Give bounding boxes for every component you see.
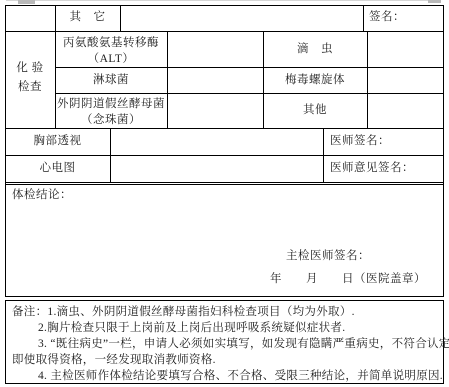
notes-border-top (5, 300, 444, 301)
other-item-result-cell[interactable] (121, 6, 362, 30)
lab-section-label-line1: 化 验 (5, 61, 55, 76)
ecg-doctor-sign-cell[interactable] (324, 156, 442, 181)
chest-doctor-sign-cell[interactable] (324, 129, 442, 154)
sign-cell[interactable] (364, 6, 442, 30)
ecg-label: 心电图 (5, 161, 110, 176)
note-line-2: 2.胸片检查只限于上岗前及上岗后出现呼吸系统疑似症状者. (12, 321, 449, 335)
alt-label-line2: （ALT） (55, 52, 167, 67)
note-line-3: 3. “既往病史”一栏，申请人必须如实填写，如发现有隐瞒严重病史，不符合认定条件… (12, 337, 449, 351)
lab-section-label-line2: 检查 (5, 80, 55, 95)
treponema-result-cell[interactable] (368, 68, 442, 92)
ecg-result-cell[interactable] (111, 156, 322, 181)
cropped-artifact-left (18, 0, 35, 4)
conclusion-box-bottom (5, 296, 444, 297)
candida-label-line1: 外阴阴道假丝酵母菌 (55, 97, 167, 112)
candida-label-line2: （念珠菌） (55, 113, 167, 128)
trichomonas-result-cell[interactable] (368, 32, 442, 66)
row-divider (5, 182, 444, 183)
chest-xray-label: 胸部透视 (5, 134, 110, 149)
cropped-row-artifact-line (6, 0, 441, 1)
notes-border-bottom (5, 383, 444, 384)
note-line-5: 4. 主检医师作体检结论要填写合格、不合格、受限三种结论，并简单说明原因. (12, 369, 449, 383)
alt-result-cell[interactable] (168, 32, 262, 66)
table-border-left (5, 5, 6, 297)
date-hospital-seal-line: 年 月 日（医院盖章） (270, 272, 426, 287)
note-line-4: 即使取得资格，一经发现取消教师资格. (12, 353, 440, 367)
chief-examiner-sign-label: 主检医师签名： (286, 249, 370, 264)
gonococcus-label: 淋球菌 (55, 73, 167, 88)
trichomonas-label: 滴 虫 (263, 42, 367, 57)
table-border-right (443, 5, 444, 297)
chest-xray-result-cell[interactable] (111, 129, 322, 154)
lab-other-label: 其他 (263, 103, 367, 118)
note-line-1: 备注：1.滴虫、外阴阴道假丝酵母菌指妇科检查项目（均为外取）. (12, 305, 440, 319)
alt-label-line1: 丙氨酸氨基转移酶 (55, 36, 167, 51)
conclusion-box-top (5, 184, 444, 185)
gonococcus-result-cell[interactable] (168, 68, 262, 92)
conclusion-title: 体检结论： (12, 188, 72, 203)
notes-border-left (5, 300, 6, 384)
medical-exam-form-page: { "table": { "row_other": { "label": "其 … (0, 0, 449, 387)
other-item-label: 其 它 (55, 10, 120, 25)
treponema-label: 梅毒螺旋体 (263, 73, 367, 88)
candida-result-cell[interactable] (168, 94, 262, 127)
conclusion-text-area[interactable] (6, 203, 442, 243)
lab-other-result-cell[interactable] (368, 94, 442, 127)
cropped-artifact-right (428, 0, 441, 3)
